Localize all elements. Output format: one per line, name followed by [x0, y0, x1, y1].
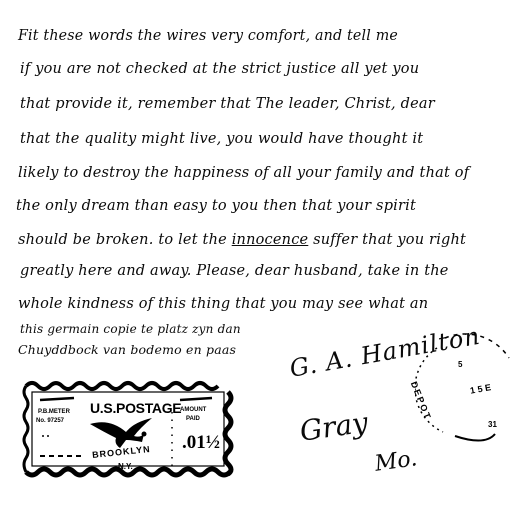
letter-line: the only dream than easy to you then tha…: [16, 198, 416, 214]
letter-line: whole kindness of this thing that you ma…: [18, 296, 428, 312]
underlined-word: innocence: [232, 232, 309, 248]
signature-town: Gray: [298, 406, 370, 448]
postmark-year: 31: [488, 420, 497, 429]
letter-line: this germain copie te platz zyn dan: [20, 322, 241, 336]
stamp-meter-number: No. 97257: [36, 417, 64, 425]
stamp-header: U.S.POSTAGE: [90, 400, 181, 416]
letter-line: Fit these words the wires very comfort, …: [18, 28, 398, 44]
letter-line: should be broken. to let the innocence s…: [18, 232, 466, 248]
letter-line: that the quality might live, you would h…: [20, 131, 423, 147]
stamp-amount-label: AMOUNT: [180, 406, 206, 415]
postmark-number: 5: [458, 360, 462, 369]
letter-line: greatly here and away. Please, dear husb…: [20, 263, 449, 279]
letter-line: if you are not checked at the strict jus…: [20, 61, 419, 77]
stamp-state: N.Y.: [118, 462, 133, 471]
stamp-meter-label: P.B.METER: [38, 408, 70, 416]
letter-line: that provide it, remember that The leade…: [20, 96, 435, 112]
stamp-amount: .01½: [182, 432, 220, 454]
stamp-paid-label: PAID: [186, 415, 200, 424]
postmark: [415, 328, 515, 448]
eagle-icon: [90, 418, 152, 448]
letter-line: likely to destroy the happiness of all y…: [18, 165, 469, 181]
signature-state: Mo.: [373, 446, 418, 477]
letter-page: Fit these words the wires very comfort, …: [0, 0, 515, 515]
letter-line: Chuyddbock van bodemo en paas: [18, 342, 236, 357]
